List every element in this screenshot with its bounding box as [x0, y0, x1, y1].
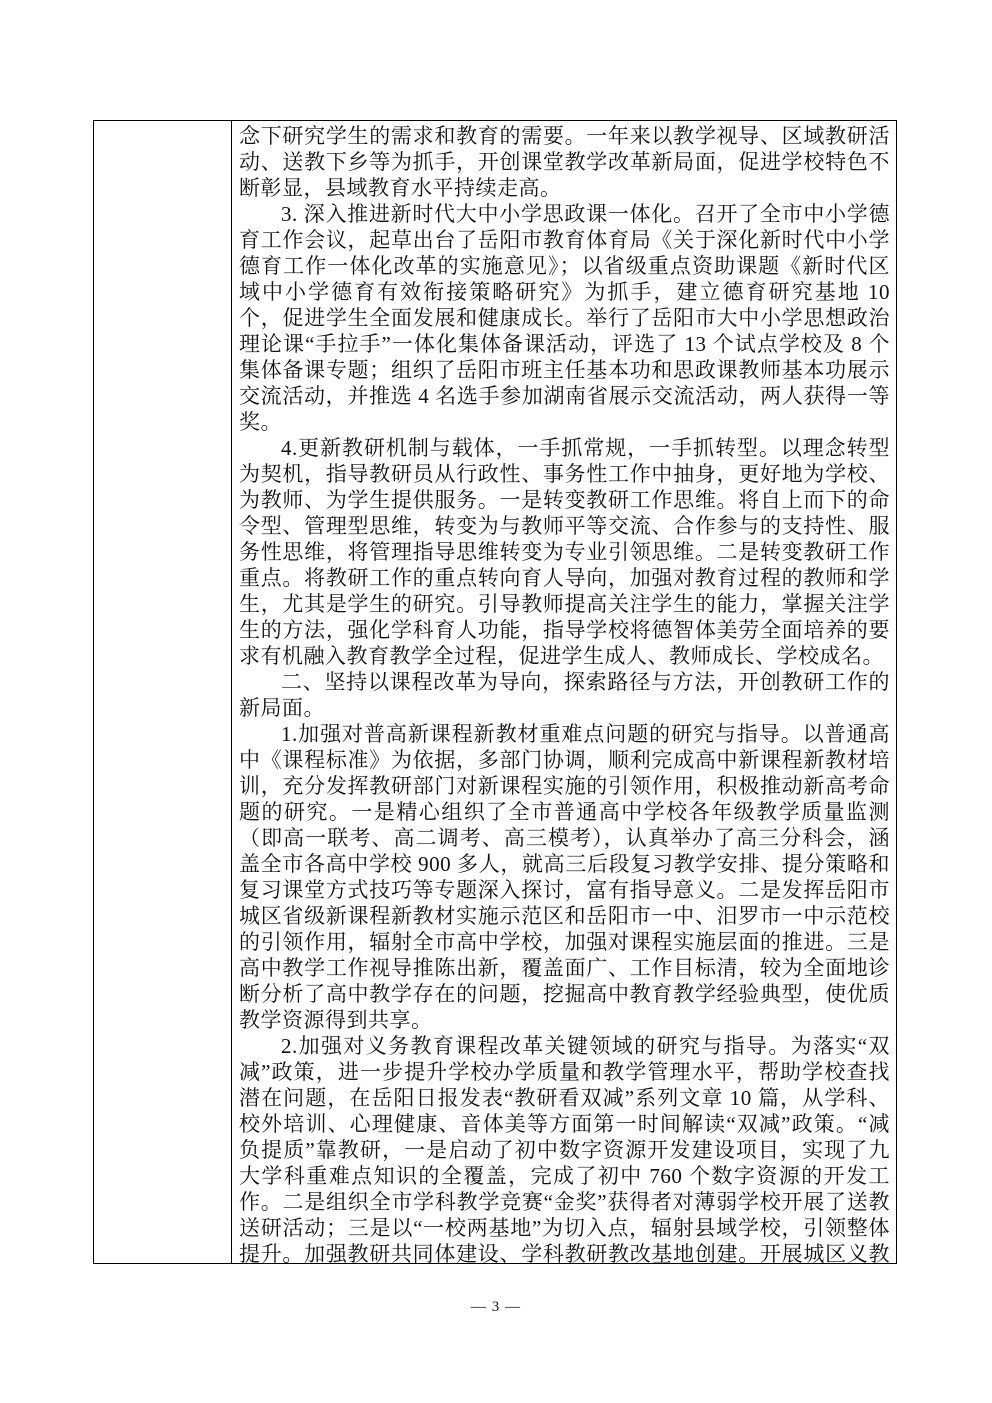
- body-paragraph: 1.加强对普高新课程新教材重难点问题的研究与指导。以普通高中《课程标准》为依据，…: [239, 721, 890, 1033]
- table-cell-left: [94, 121, 232, 1263]
- page-number: — 3 —: [0, 1296, 992, 1318]
- body-paragraph: 2.加强对义务教育课程改革关键领域的研究与指导。为落实“双减”政策，进一步提升学…: [239, 1033, 890, 1263]
- body-paragraph: 4.更新教研机制与载体，一手抓常规，一手抓转型。以理念转型为契机，指导教研员从行…: [239, 435, 890, 669]
- body-paragraph: 二、坚持以课程改革为导向，探索路径与方法，开创教研工作的新局面。: [239, 669, 890, 721]
- body-paragraph: 3. 深入推进新时代大中小学思政课一体化。召开了全市中小学德育工作会议，起草出台…: [239, 201, 890, 435]
- content-table: 念下研究学生的需求和教育的需要。一年来以教学视导、区域教研活动、送教下乡等为抓手…: [93, 120, 897, 1264]
- table-cell-body: 念下研究学生的需求和教育的需要。一年来以教学视导、区域教研活动、送教下乡等为抓手…: [232, 121, 896, 1263]
- body-paragraph: 念下研究学生的需求和教育的需要。一年来以教学视导、区域教研活动、送教下乡等为抓手…: [239, 123, 890, 201]
